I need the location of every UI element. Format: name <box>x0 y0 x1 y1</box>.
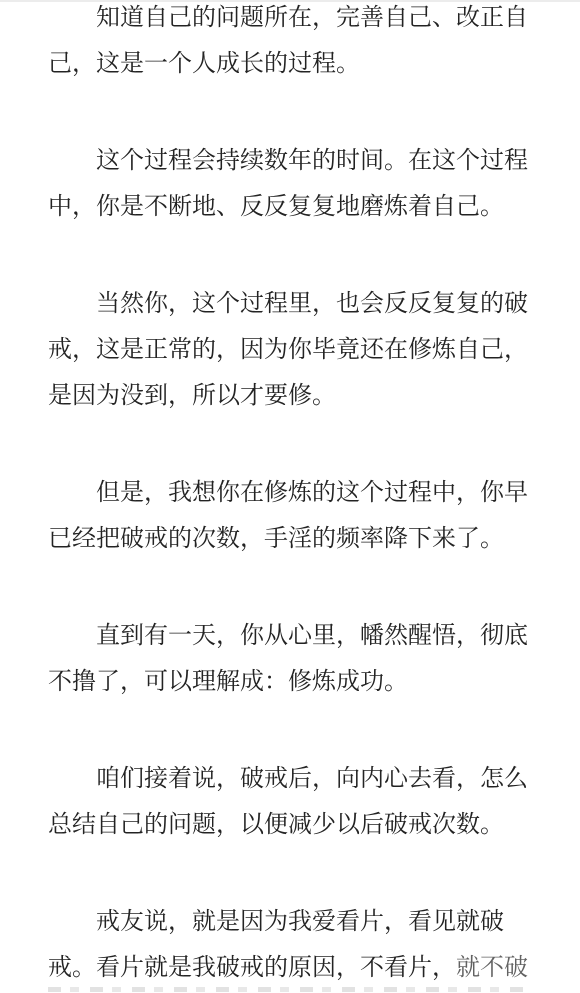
text-line: 已经把破戒的次数，手淫的频率降下来了。 <box>48 516 536 562</box>
article-page: 知道自己的问题所在，完善自己、改正自 己，这是一个人成长的过程。 这个过程会持续… <box>0 0 580 993</box>
text-line-main: 戒。看片就是我破戒的原因，不看片， <box>48 954 456 981</box>
text-line: 戒。看片就是我破戒的原因，不看片，就不破 <box>48 945 536 991</box>
paragraph: 当然你，这个过程里，也会反反复复的破 戒，这是正常的，因为你毕竟还在修炼自己， … <box>48 281 536 419</box>
watermark-faded-text: 就不破 <box>456 954 528 981</box>
text-line: 戒友说，就是因为我爱看片，看见就破 <box>48 899 536 945</box>
text-line: 是因为没到，所以才要修。 <box>48 373 536 419</box>
text-line: 不撸了，可以理解成：修炼成功。 <box>48 659 536 705</box>
text-line: 中，你是不断地、反反复复地磨炼着自己。 <box>48 184 536 230</box>
paragraph: 直到有一天，你从心里，幡然醒悟，彻底 不撸了，可以理解成：修炼成功。 <box>48 613 536 705</box>
paragraph: 但是，我想你在修炼的这个过程中，你早 已经把破戒的次数，手淫的频率降下来了。 <box>48 470 536 562</box>
text-line: 但是，我想你在修炼的这个过程中，你早 <box>48 470 536 516</box>
text-line: 当然你，这个过程里，也会反反复复的破 <box>48 281 536 327</box>
text-line: 咱们接着说，破戒后，向内心去看，怎么 <box>48 756 536 802</box>
text-line: 直到有一天，你从心里，幡然醒悟，彻底 <box>48 613 536 659</box>
article-text: 知道自己的问题所在，完善自己、改正自 己，这是一个人成长的过程。 这个过程会持续… <box>0 0 580 991</box>
text-line: 己，这是一个人成长的过程。 <box>48 41 536 87</box>
text-line: 这个过程会持续数年的时间。在这个过程 <box>48 138 536 184</box>
text-line: 总结自己的问题，以便减少以后破戒次数。 <box>48 802 536 848</box>
paragraph: 这个过程会持续数年的时间。在这个过程 中，你是不断地、反反复复地磨炼着自己。 <box>48 138 536 230</box>
paragraph: 咱们接着说，破戒后，向内心去看，怎么 总结自己的问题，以便减少以后破戒次数。 <box>48 756 536 848</box>
clipped-next-line <box>48 987 526 992</box>
paragraph: 知道自己的问题所在，完善自己、改正自 己，这是一个人成长的过程。 <box>48 0 536 87</box>
text-line: 戒，这是正常的，因为你毕竟还在修炼自己， <box>48 327 536 373</box>
text-line: 知道自己的问题所在，完善自己、改正自 <box>48 0 536 41</box>
paragraph: 戒友说，就是因为我爱看片，看见就破 戒。看片就是我破戒的原因，不看片，就不破 <box>48 899 536 991</box>
